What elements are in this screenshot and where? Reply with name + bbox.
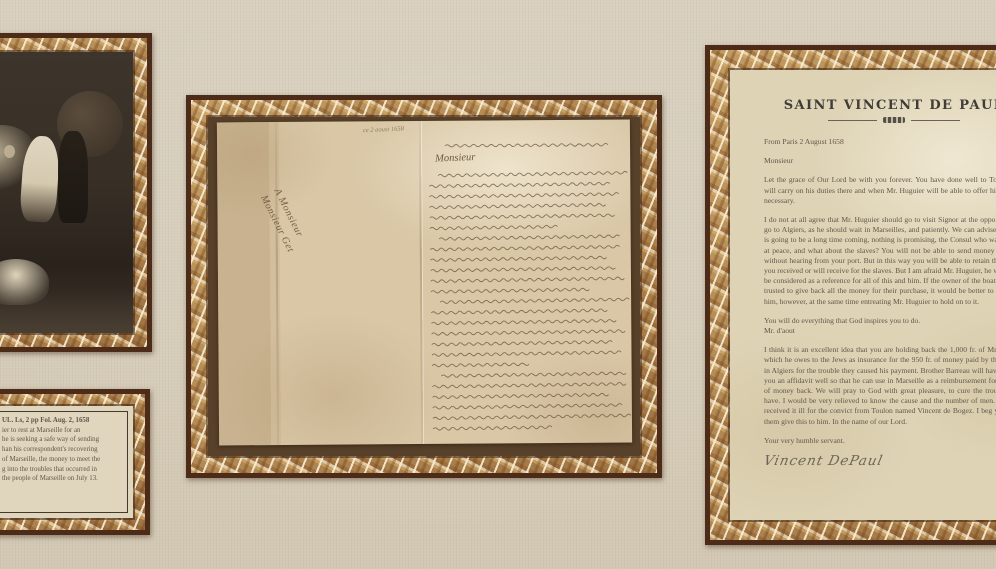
caption-text: UL. Ls, 2 pp Fol. Aug. 2, 1658 ier to re… (2, 416, 123, 484)
letter-line: You will do everything that God inspires… (764, 316, 996, 326)
floor-shadow (0, 288, 133, 333)
caption-line: UL. Ls, 2 pp Fol. Aug. 2, 1658 (2, 416, 123, 426)
manuscript-letter-panel: ce 2 aoust 1658 A Monsieur Monsieur Get … (186, 95, 662, 478)
divider-ornament (828, 117, 960, 123)
letter-short-lines: You will do everything that God inspires… (764, 316, 996, 336)
caption-line: g into the troubles that occurred in (2, 465, 123, 475)
caption-line: he is seeking a safe way of sending (2, 435, 123, 445)
dark-backing: ce 2 aoust 1658 A Monsieur Monsieur Get … (208, 117, 640, 456)
marbled-border: UL. Ls, 2 pp Fol. Aug. 2, 1658 ier to re… (0, 394, 145, 530)
letter-line: Mr. d'aout (764, 326, 996, 336)
marbled-border (0, 38, 147, 347)
caption-ruled-border: UL. Ls, 2 pp Fol. Aug. 2, 1658 ier to re… (0, 411, 128, 513)
ornament-core (883, 117, 905, 123)
marbled-border: SAINT VINCENT DE PAUL From Paris 2 Augus… (710, 50, 996, 540)
letter-title: SAINT VINCENT DE PAUL (764, 98, 996, 113)
letter-body: From Paris 2 August 1658 Monsieur Let th… (764, 137, 996, 466)
manuscript-letter: ce 2 aoust 1658 A Monsieur Monsieur Get … (217, 120, 632, 446)
ornament-rule (911, 120, 960, 121)
caption-line: ier to rest at Marseille for an (2, 426, 123, 436)
engraving-photo (0, 52, 133, 333)
caption-line: of Marseille, the money to meet the (2, 455, 123, 465)
letter-paragraph: I think it is an excellent idea that you… (764, 345, 996, 427)
caption-line: han his correspondent's recovering (2, 445, 123, 455)
letter-paragraph: I do not at all agree that Mr. Huguier s… (764, 215, 996, 307)
manuscript-salutation: Monsieur (435, 152, 476, 165)
date-notation: ce 2 aoust 1658 (363, 125, 404, 134)
fold-crease (275, 122, 279, 445)
letter-dateline: From Paris 2 August 1658 (764, 137, 996, 147)
address-panel: A Monsieur Monsieur Get (256, 186, 311, 255)
framed-display-mat: UL. Ls, 2 pp Fol. Aug. 2, 1658 ier to re… (0, 0, 996, 569)
engraving-panel (0, 33, 152, 352)
translation-letter-panel: SAINT VINCENT DE PAUL From Paris 2 Augus… (705, 45, 996, 545)
handwritten-text-lines (422, 167, 632, 442)
letter-closing: Your very humble servant. (764, 436, 996, 446)
handwritten-dateline (443, 138, 615, 153)
ornament-rule (828, 120, 877, 121)
signature: Vincent DePaul (763, 456, 996, 466)
caption-card: UL. Ls, 2 pp Fol. Aug. 2, 1658 ier to re… (0, 406, 133, 518)
caption-plaque-panel: UL. Ls, 2 pp Fol. Aug. 2, 1658 ier to re… (0, 389, 150, 535)
letter-paragraph: Let the grace of Our Lord be with you fo… (764, 175, 996, 206)
letter-salutation: Monsieur (764, 156, 996, 166)
marbled-border: ce 2 aoust 1658 A Monsieur Monsieur Get … (191, 100, 657, 473)
translation-letter: SAINT VINCENT DE PAUL From Paris 2 Augus… (730, 70, 996, 520)
caption-line: the people of Marseille on July 13. (2, 474, 123, 484)
figure-head (4, 145, 15, 158)
dark-figure (58, 131, 88, 223)
